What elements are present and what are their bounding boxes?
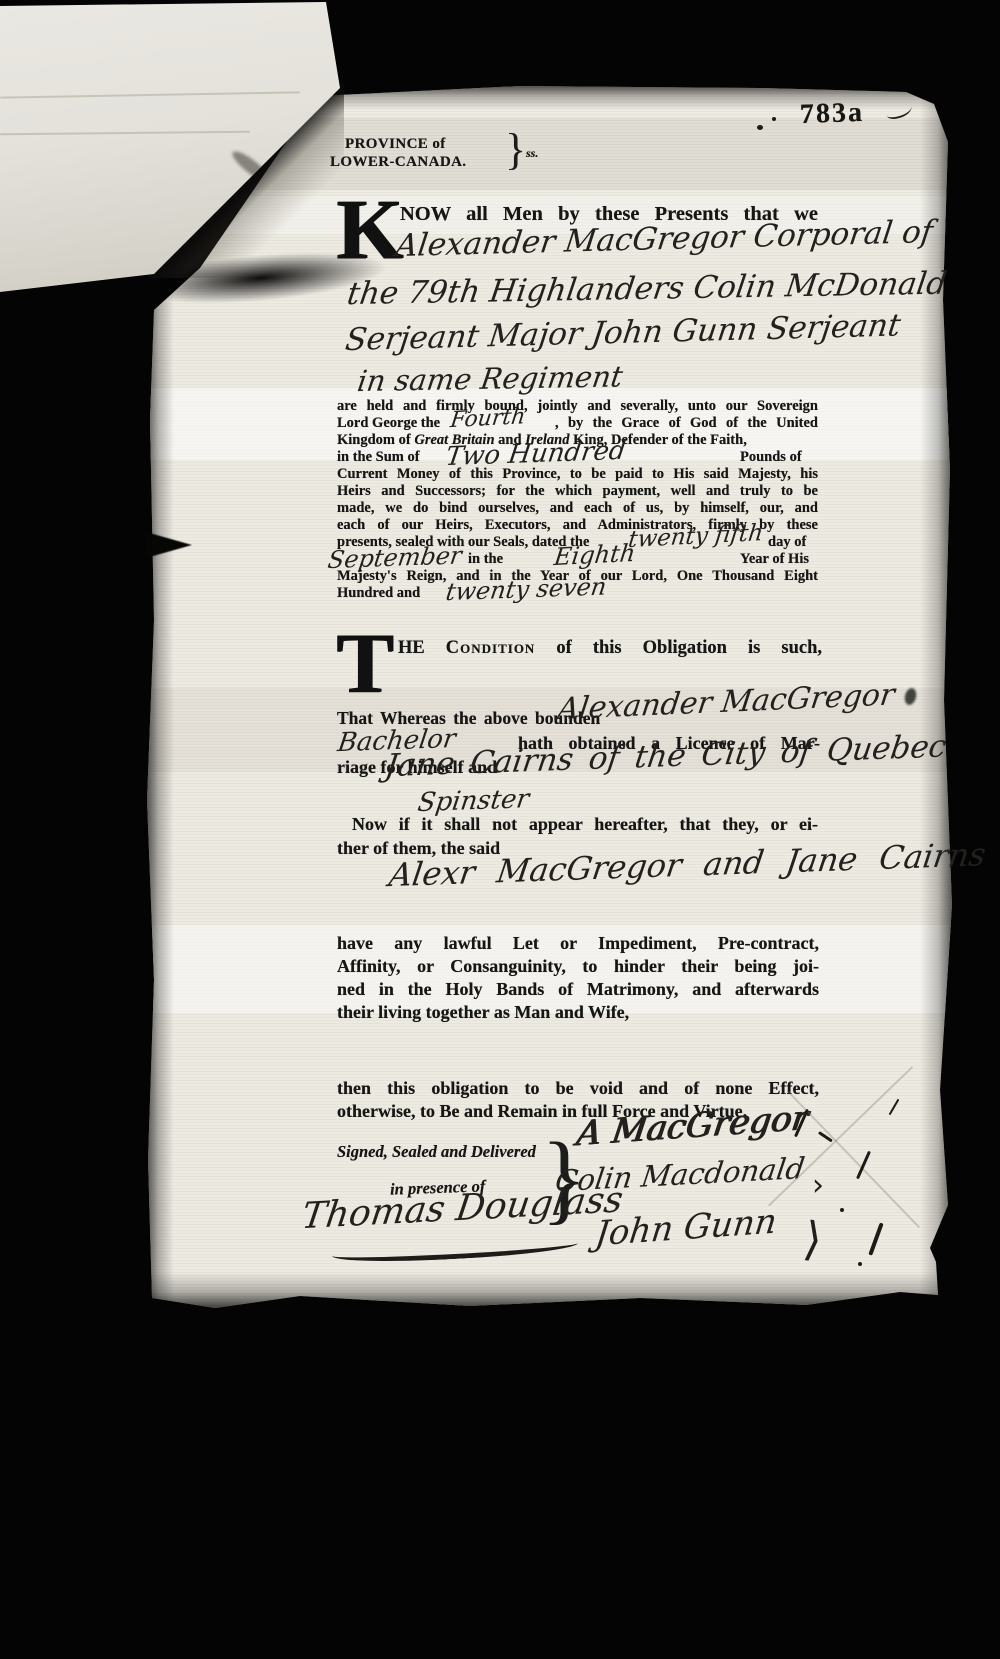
paper-edge-shadow-bottom bbox=[0, 1272, 1000, 1312]
scanned-document-photo: 783a PROVINCE of LOWER-CANADA. } ss. K N… bbox=[0, 0, 1000, 1659]
bond-line: Current Money of this Province, to be pa… bbox=[337, 466, 818, 483]
bond-line: Heirs and Successors; for the which paym… bbox=[337, 483, 818, 500]
fold-crease bbox=[0, 91, 300, 98]
bond-line: are held and firmly bound, jointly and s… bbox=[337, 398, 818, 415]
impediment-line: have any lawful Let or Impediment, Pre-c… bbox=[337, 933, 819, 954]
condition-heading-smallcaps: Condition bbox=[446, 638, 536, 658]
proviso-line1: Now if it shall not appear hereafter, th… bbox=[352, 814, 818, 835]
closing-line: then this obligation to be void and of n… bbox=[337, 1078, 819, 1099]
ink-dot bbox=[757, 125, 763, 130]
ink-dot bbox=[772, 117, 776, 121]
ink-dot bbox=[858, 1262, 862, 1266]
bond-line: made, we do bind ourselves, and each of … bbox=[337, 500, 818, 517]
attestation-line1: Signed, Sealed and Delivered bbox=[337, 1142, 536, 1162]
bond-line2-pre: Lord George the bbox=[337, 415, 440, 432]
bond-line3-pre: Kingdom of bbox=[337, 432, 411, 448]
dropcap-t: T bbox=[336, 632, 393, 696]
handwritten-regnal-year: Eighth bbox=[553, 539, 637, 571]
impediment-line: Affinity, or Consanguinity, to hinder th… bbox=[337, 956, 819, 977]
jurisdiction-brace: } bbox=[505, 124, 526, 175]
angle-mark-small: › bbox=[812, 1168, 824, 1203]
bond-line4-pre: in the Sum of bbox=[337, 449, 420, 466]
obligors-handwritten-line: in same Regiment bbox=[355, 359, 625, 398]
bond-line4-post: Pounds of bbox=[740, 449, 802, 466]
dropcap-k: K bbox=[336, 198, 403, 262]
handwritten-year: twenty seven bbox=[444, 572, 608, 606]
bond-line10-mid: in the bbox=[468, 551, 503, 568]
bond-line2-post: , by the Grace of God of the United bbox=[555, 415, 818, 432]
bond-line9-post: day of bbox=[768, 534, 806, 551]
jurisdiction-line2: LOWER-CANADA. bbox=[330, 154, 466, 171]
page-number: 783a bbox=[799, 97, 864, 131]
jurisdiction-ss: ss. bbox=[526, 146, 538, 161]
fold-crease bbox=[0, 131, 250, 136]
condition-heading-pre: HE bbox=[398, 638, 425, 658]
jurisdiction-line1: PROVINCE of bbox=[345, 136, 446, 153]
handwritten-king-numeral: Fourth bbox=[449, 404, 527, 433]
bond-line12-pre: Hundred and bbox=[337, 585, 420, 602]
impediment-line: their living together as Man and Wife, bbox=[337, 1002, 629, 1023]
left-edge-notch bbox=[146, 532, 192, 558]
ink-dot bbox=[840, 1208, 844, 1212]
condition-heading-post: of this Obligation is such, bbox=[556, 638, 822, 658]
condition-heading: HE Condition of this Obligation is such, bbox=[398, 638, 822, 659]
bond-line10-post: Year of His bbox=[740, 551, 809, 568]
impediment-line: ned in the Holy Bands of Matrimony, and … bbox=[337, 979, 819, 1000]
